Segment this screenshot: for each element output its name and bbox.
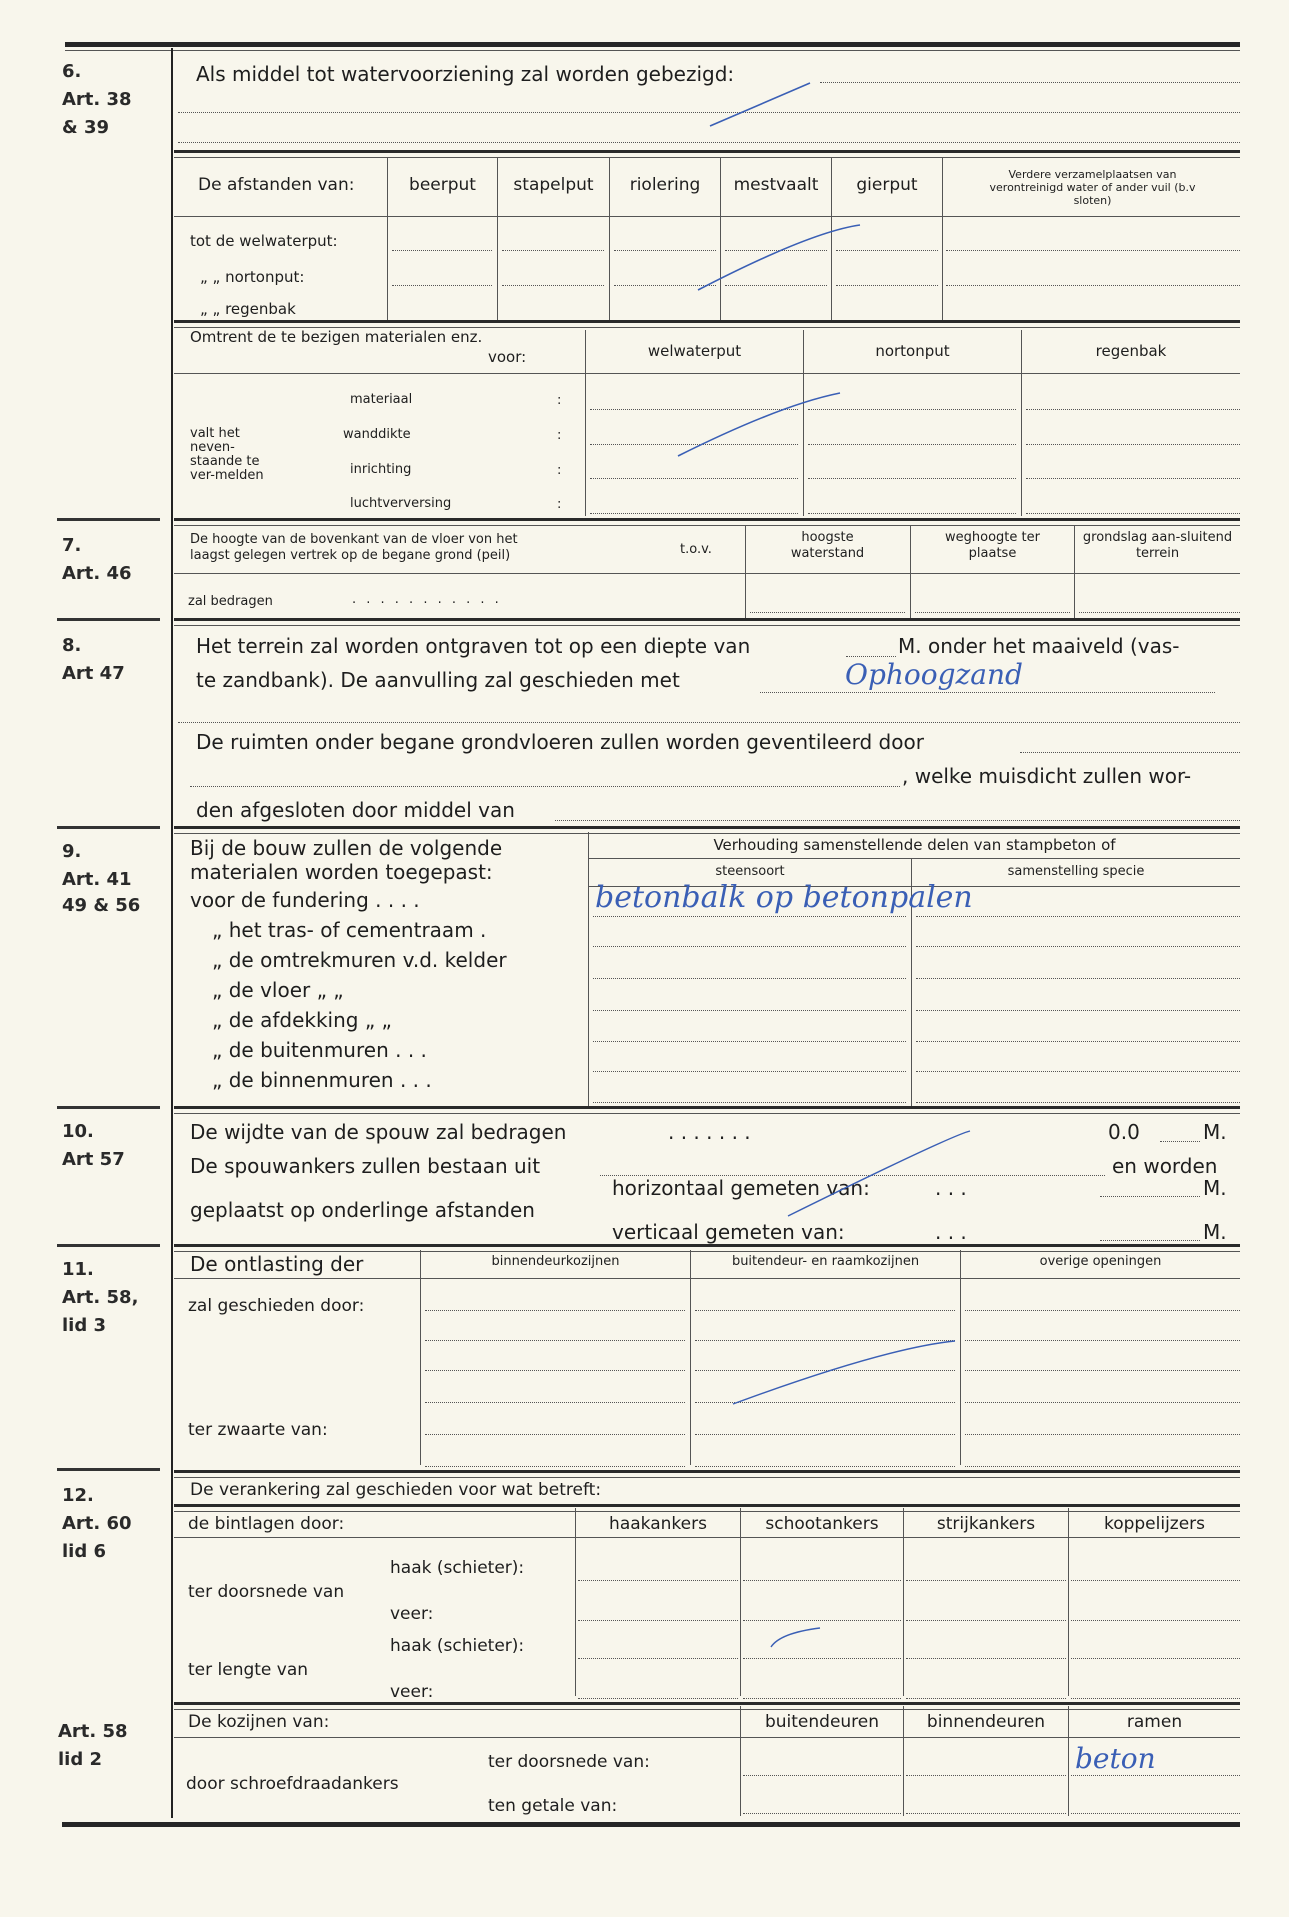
col-samenstelling-specie: samenstelling specie <box>912 864 1240 879</box>
excavation-text-2: M. onder het maaiveld (vas- <box>898 634 1179 658</box>
col-steensoort: steensoort <box>589 864 911 879</box>
floor-height-question: De hoogte van de bovenkant van de vloer … <box>190 532 518 547</box>
article-ref-2: lid 3 <box>62 1312 106 1340</box>
rule <box>174 1702 1240 1710</box>
col-strijkankers: strijkankers <box>904 1514 1068 1534</box>
article-ref: Art 47 <box>62 660 125 688</box>
col-stapelput: stapelput <box>498 175 609 195</box>
row-kelder: „ de omtrekmuren v.d. kelder <box>212 948 507 972</box>
closure-text: den afgesloten door middel van <box>196 798 515 822</box>
backfill-field-2[interactable] <box>178 722 1240 723</box>
mouseproof-text: , welke muisdicht zullen wor- <box>902 764 1191 788</box>
row-diameter: ter doorsnede van: <box>488 1752 650 1772</box>
section-number: 9. <box>62 838 81 866</box>
road-height-field[interactable] <box>915 612 1070 613</box>
row-trasraam: „ het tras- of cementraam . <box>212 918 486 942</box>
placed-label: geplaatst op onderlinge afstanden <box>190 1198 535 1222</box>
section-number: 6. <box>62 58 81 86</box>
strike-mark <box>780 1128 980 1218</box>
col-buitendeur-raamkozijnen: buitendeur- en raamkozijnen <box>691 1254 960 1269</box>
vertical-field[interactable] <box>1100 1240 1200 1241</box>
cavity-width-value[interactable]: 0.0 <box>1108 1120 1140 1144</box>
materials-intro-2: materialen worden toegepast: <box>190 860 493 884</box>
row-materiaal: materiaal <box>350 392 412 407</box>
side-label: valt het neven-staande te ver-melden <box>190 427 285 483</box>
anchors-tail: en worden <box>1112 1154 1217 1178</box>
col-schootankers: schootankers <box>741 1514 903 1534</box>
col-welwaterput: welwaterput <box>586 342 803 360</box>
article-ref: Art. 58 <box>58 1718 128 1746</box>
rule <box>174 1244 1240 1252</box>
sub-spring: veer: <box>390 1604 433 1624</box>
bottom-rule <box>62 1822 1240 1827</box>
excavation-text: Het terrein zal worden ontgraven tot op … <box>196 634 750 658</box>
rule <box>174 150 1240 158</box>
row-by: zal geschieden door: <box>188 1296 364 1316</box>
col-road-height: weghoogte ter plaatse <box>935 530 1050 562</box>
relief-header: De ontlasting der <box>190 1252 363 1276</box>
col-beerput: beerput <box>388 175 497 195</box>
backfill-text: te zandbank). De aanvulling zal geschied… <box>196 668 680 692</box>
strike-mark <box>700 80 820 130</box>
col-buitendeuren: buitendeuren <box>741 1712 903 1732</box>
row-vloer: „ de vloer „ „ <box>212 978 344 1002</box>
row-count: ten getale van: <box>488 1796 617 1816</box>
sub-hook-2: haak (schieter): <box>390 1636 524 1656</box>
rule <box>174 826 1240 834</box>
col-haakankers: haakankers <box>576 1514 740 1534</box>
group-length: ter lengte van <box>188 1660 308 1680</box>
col-nortonput: nortonput <box>804 342 1021 360</box>
article-ref: Art. 41 <box>62 866 132 894</box>
backfill-handwritten: Ophoogzand <box>845 658 1023 691</box>
sub-spring-2: veer: <box>390 1682 433 1702</box>
sub-hook: haak (schieter): <box>390 1558 524 1578</box>
article-ref-2: & 39 <box>62 114 109 142</box>
anchoring-intro: De verankering zal geschieden voor wat b… <box>190 1480 601 1500</box>
row-afdekking: „ de afdekking „ „ <box>212 1008 392 1032</box>
rule <box>174 1470 1240 1478</box>
article-ref: Art. 46 <box>62 560 132 588</box>
article-ref-2: lid 6 <box>62 1538 106 1566</box>
col-ramen: ramen <box>1069 1712 1240 1732</box>
leader: . . . . . . . . . . . <box>352 592 502 607</box>
water-supply-field-3[interactable] <box>178 142 1240 143</box>
ventilation-text: De ruimten onder begane grondvloeren zul… <box>196 730 924 754</box>
section-number: 7. <box>62 532 81 560</box>
backfill-field[interactable] <box>760 692 1215 693</box>
section-number: 8. <box>62 632 81 660</box>
col-koppelijzers: koppelijzers <box>1069 1514 1240 1534</box>
rule <box>174 320 1240 328</box>
materials-header-2: voor: <box>488 348 526 366</box>
top-rule <box>65 42 1240 47</box>
group-diameter: ter doorsnede van <box>188 1582 344 1602</box>
row-nortonput: „ „ nortonput: <box>200 268 304 286</box>
unit: M. <box>1203 1120 1227 1144</box>
cavity-width-label: De wijdte van de spouw zal bedragen <box>190 1120 566 1144</box>
row-buitenmuren: „ de buitenmuren . . . <box>212 1038 427 1062</box>
row-fundering: voor de fundering . . . . <box>190 888 420 912</box>
col-mestvaalt: mestvaalt <box>721 175 831 195</box>
floor-height-question-2: laagst gelegen vertrek op de begane gron… <box>190 548 510 563</box>
section-number: 10. <box>62 1118 94 1146</box>
article-ref-2: 49 & 56 <box>62 892 140 920</box>
col-overige-openingen: overige openingen <box>961 1254 1240 1269</box>
rule <box>174 1106 1240 1114</box>
col-binnendeuren: binnendeuren <box>904 1712 1068 1732</box>
joists-header: de bintlagen door: <box>188 1514 344 1534</box>
row-regenbak: „ „ regenbak <box>200 300 296 318</box>
section-number: 12. <box>62 1482 94 1510</box>
row-binnenmuren: „ de binnenmuren . . . <box>212 1068 432 1092</box>
row-inrichting: inrichting <box>350 462 411 477</box>
col-adjacent-ground: grondslag aan-sluitend terrein <box>1080 530 1235 562</box>
horizontal-field[interactable] <box>1100 1196 1200 1197</box>
col-highest-water-level: hoogste waterstand <box>770 530 885 562</box>
section-number: 11. <box>62 1256 94 1284</box>
distances-header: De afstanden van: <box>198 175 354 195</box>
col-riolering: riolering <box>610 175 720 195</box>
row-weight: ter zwaarte van: <box>188 1420 328 1440</box>
col-other-collection-points: Verdere verzamelplaatsen van verontreini… <box>980 168 1205 207</box>
adjacent-ground-field[interactable] <box>1079 612 1240 613</box>
article-ref-2: lid 2 <box>58 1746 102 1774</box>
frames-header: De kozijnen van: <box>188 1712 329 1732</box>
col-binnendeurkozijnen: binnendeurkozijnen <box>421 1254 690 1269</box>
tov-label: t.o.v. <box>680 542 712 557</box>
vertical-label: verticaal gemeten van: <box>612 1220 845 1244</box>
water-supply-field[interactable] <box>820 82 1240 83</box>
col-gierput: gierput <box>832 175 942 195</box>
strike-mark <box>690 222 870 292</box>
materials-intro: Bij de bouw zullen de volgende <box>190 836 502 860</box>
article-ref: Art 57 <box>62 1146 125 1174</box>
concrete-ratio-header: Verhouding samenstellende delen van stam… <box>589 836 1240 854</box>
row-luchtverversing: luchtverversing <box>350 496 451 511</box>
fundering-handwritten: betonbalk op betonpalen <box>595 880 973 915</box>
row-wanddikte: wanddikte <box>343 427 411 442</box>
column-divider <box>171 48 173 1818</box>
ventilation-field-2[interactable] <box>190 786 900 787</box>
rule <box>174 618 1240 626</box>
cavity-anchors-label: De spouwankers zullen bestaan uit <box>190 1154 540 1178</box>
screw-anchors-label: door schroefdraadankers <box>186 1774 399 1794</box>
excavation-depth-field[interactable] <box>846 656 896 657</box>
rule <box>174 518 1240 526</box>
leader: . . . . . . . <box>668 1120 751 1144</box>
strike-mark <box>725 1338 965 1408</box>
col-regenbak: regenbak <box>1022 342 1240 360</box>
closure-field[interactable] <box>555 820 1240 821</box>
materials-header: Omtrent de te bezigen materialen enz. <box>190 328 482 346</box>
ramen-handwritten: beton <box>1075 1742 1156 1775</box>
highest-water-level-field[interactable] <box>750 612 905 613</box>
article-ref: Art. 38 <box>62 86 132 114</box>
top-rule-thin <box>65 50 1240 51</box>
amount-label: zal bedragen <box>188 594 273 609</box>
strike-mark <box>670 390 850 460</box>
ventilation-field[interactable] <box>1020 752 1240 753</box>
strike-mark <box>765 1625 825 1650</box>
row-welwaterput: tot de welwaterput: <box>190 232 338 250</box>
article-ref: Art. 58, <box>62 1284 138 1312</box>
water-supply-label: Als middel tot watervoorziening zal word… <box>196 62 734 86</box>
article-ref: Art. 60 <box>62 1510 132 1538</box>
